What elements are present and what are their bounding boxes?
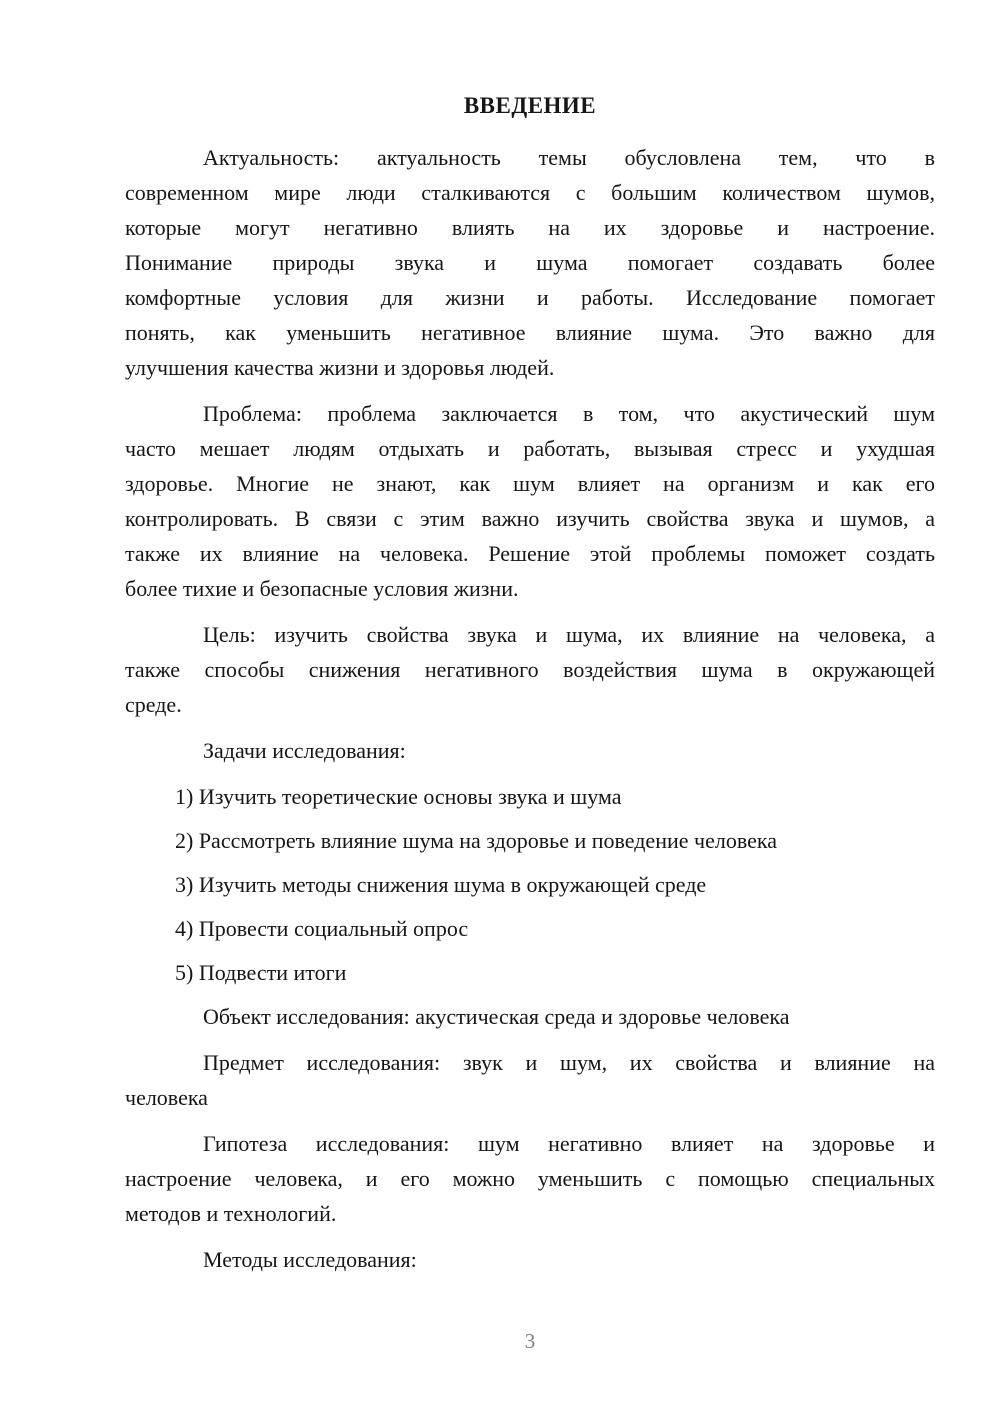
text-line: 4) Провести социальный опрос	[175, 911, 935, 946]
page-title: ВВЕДЕНИЕ	[125, 88, 935, 123]
text-line: также их влияние на человека. Решение эт…	[125, 536, 935, 571]
text-line: также способы снижения негативного возде…	[125, 652, 935, 687]
text-line: Предмет исследования: звук и шум, их сво…	[125, 1045, 935, 1080]
paragraph: Гипотеза исследования: шум негативно вли…	[125, 1126, 935, 1231]
text-line: 3) Изучить методы снижения шума в окружа…	[175, 867, 935, 902]
text-line: Проблема: проблема заключается в том, чт…	[125, 396, 935, 431]
list-item: 2) Рассмотреть влияние шума на здоровье …	[175, 823, 935, 858]
page-number: 3	[125, 1326, 935, 1356]
text-line: понять, как уменьшить негативное влияние…	[125, 315, 935, 350]
list-item: 1) Изучить теоретические основы звука и …	[175, 779, 935, 814]
paragraph: Задачи исследования:	[125, 733, 935, 768]
paragraph: Объект исследования: акустическая среда …	[125, 999, 935, 1034]
list-item: 3) Изучить методы снижения шума в окружа…	[175, 867, 935, 902]
text-area: ВВЕДЕНИЕ Актуальность: актуальность темы…	[125, 88, 935, 1288]
text-line: Понимание природы звука и шума помогает …	[125, 245, 935, 280]
text-line: 5) Подвести итоги	[175, 955, 935, 990]
paragraph: Цель: изучить свойства звука и шума, их …	[125, 617, 935, 722]
text-line: Цель: изучить свойства звука и шума, их …	[125, 617, 935, 652]
text-line: более тихие и безопасные условия жизни.	[125, 571, 935, 606]
text-line: методов и технологий.	[125, 1196, 935, 1231]
text-line: здоровье. Многие не знают, как шум влияе…	[125, 466, 935, 501]
text-line: современном мире люди сталкиваются с бол…	[125, 175, 935, 210]
text-line: которые могут негативно влиять на их здо…	[125, 210, 935, 245]
text-line: часто мешает людям отдыхать и работать, …	[125, 431, 935, 466]
text-line: настроение человека, и его можно уменьши…	[125, 1161, 935, 1196]
text-line: контролировать. В связи с этим важно изу…	[125, 501, 935, 536]
paragraph: Актуальность: актуальность темы обусловл…	[125, 140, 935, 385]
list-item: 4) Провести социальный опрос	[175, 911, 935, 946]
text-line: Гипотеза исследования: шум негативно вли…	[125, 1126, 935, 1161]
text-line: комфортные условия для жизни и работы. И…	[125, 280, 935, 315]
paragraph: Проблема: проблема заключается в том, чт…	[125, 396, 935, 606]
paragraph: Методы исследования:	[125, 1242, 935, 1277]
text-line: Задачи исследования:	[125, 733, 935, 768]
text-line: Актуальность: актуальность темы обусловл…	[125, 140, 935, 175]
text-line: Методы исследования:	[125, 1242, 935, 1277]
document-page: ВВЕДЕНИЕ Актуальность: актуальность темы…	[0, 0, 1000, 1414]
list-item: 5) Подвести итоги	[175, 955, 935, 990]
document-body: Актуальность: актуальность темы обусловл…	[125, 140, 935, 1277]
text-line: среде.	[125, 687, 935, 722]
text-line: 2) Рассмотреть влияние шума на здоровье …	[175, 823, 935, 858]
text-line: 1) Изучить теоретические основы звука и …	[175, 779, 935, 814]
text-line: улучшения качества жизни и здоровья люде…	[125, 350, 935, 385]
text-line: Объект исследования: акустическая среда …	[125, 999, 935, 1034]
text-line: человека	[125, 1080, 935, 1115]
paragraph: Предмет исследования: звук и шум, их сво…	[125, 1045, 935, 1115]
